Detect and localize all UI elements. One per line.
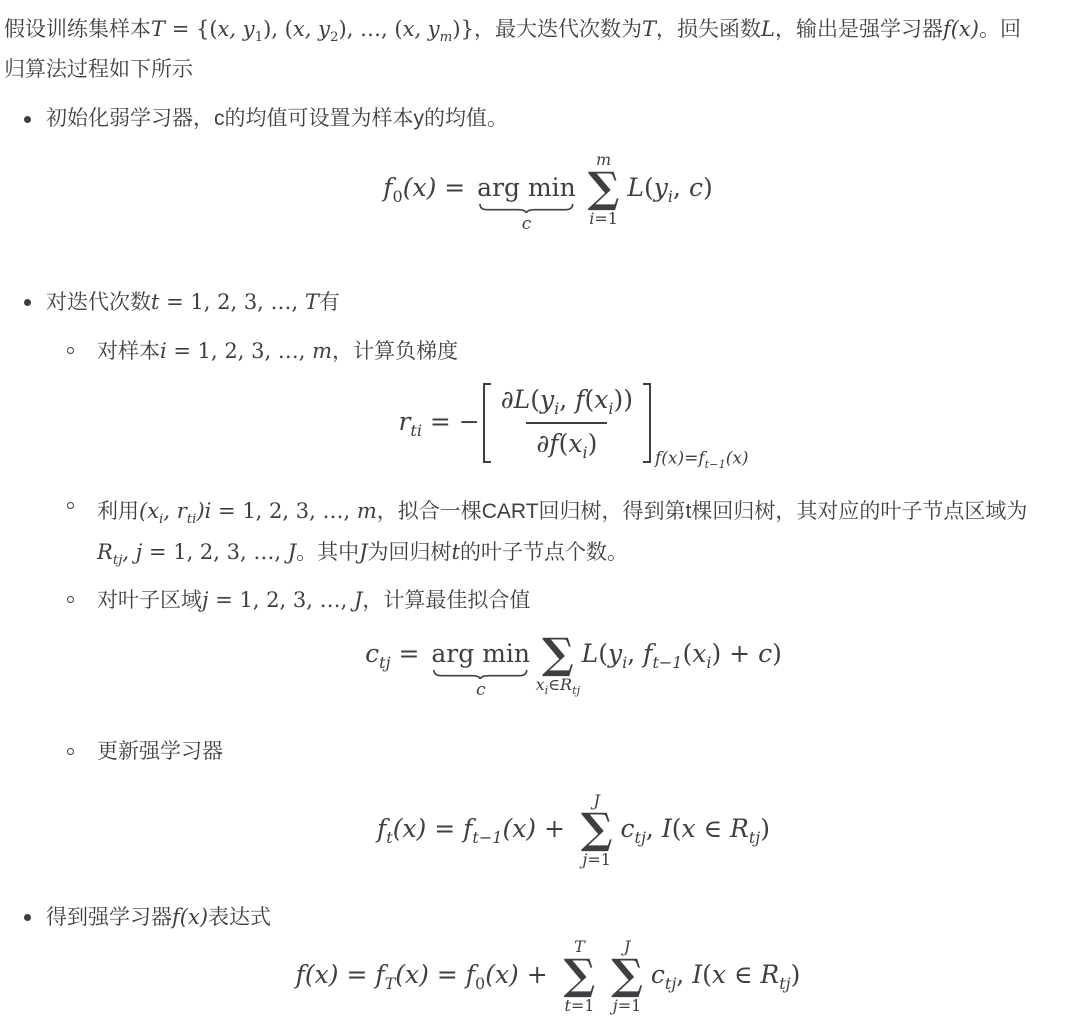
text-run: c — [621, 814, 635, 843]
text-run: x — [692, 639, 706, 668]
text-run: ，损失函数 — [656, 18, 761, 41]
text-run: (x) — [951, 17, 979, 41]
text-run: = — [436, 173, 473, 202]
formula-rti: rti = −∂L(yi, f(xi))∂f(xi)f(x)=ft−1(x) — [97, 373, 1050, 479]
sum-lower-limit: j=1 — [582, 852, 611, 868]
text-run: R — [760, 960, 779, 989]
formula-ctj: ctj = arg minc∑xi∈RtjL(yi, ft−1(xi) + c) — [97, 624, 1050, 709]
text-run: t−1 — [652, 653, 682, 672]
circle-bullet-icon — [67, 596, 74, 603]
text-run: J — [624, 937, 630, 956]
text-run: f — [383, 173, 392, 202]
text-run: y — [654, 173, 668, 202]
text-run: x — [681, 814, 695, 843]
fraction: ∂L(yi, f(xi))∂f(xi) — [491, 383, 643, 463]
text-run: T — [574, 937, 585, 956]
text-run: L — [582, 639, 599, 668]
text-run: = − — [422, 407, 480, 436]
sum-upper-limit: J — [593, 793, 599, 809]
underbrace-group: arg minc — [431, 639, 530, 669]
subbullet-update-learner-text: 更新强学习器 — [97, 737, 1050, 767]
text-run: 对样本 — [97, 340, 160, 363]
text-run: R — [560, 675, 572, 694]
bullet-item-final: 得到强学习器f(x)表达式 f(x) = fT(x) = f0(x) + T∑t… — [24, 902, 1050, 1016]
bullet-item-init: 初始化弱学习器，c的均值可设置为样本y的均值。 f0(x) = arg minc… — [24, 104, 1050, 241]
bullet-final-text: 得到强学习器f(x)表达式 — [46, 902, 1050, 933]
text-run: (x — [139, 499, 159, 523]
text-run: L — [627, 173, 644, 202]
math-segment: ctj, I(x ∈ Rtj) — [621, 813, 770, 846]
subbullet-best-fit-text: 对叶子区域j = 1, 2, 3, …, J，计算最佳拟合值 — [97, 585, 1050, 616]
sum-lower-limit: t=1 — [564, 998, 594, 1014]
underbrace-label: c — [476, 679, 486, 701]
text-run: 为回归树 — [368, 541, 452, 564]
text-run: 得到强学习器 — [46, 906, 172, 929]
text-run: ∂f — [536, 429, 558, 458]
underbrace-below: c — [431, 669, 530, 701]
text-run: ( — [530, 385, 540, 414]
math-segment: L(yi, ft−1(xi) + c) — [582, 638, 782, 671]
text-run: 2 — [330, 30, 339, 45]
text-run: f — [943, 17, 951, 41]
intro-line-1: 假设训练集样本T = {(x, y1), (x, y2), …, (x, ym)… — [4, 9, 1050, 50]
text-run: y — [540, 385, 554, 414]
text-run: ) + — [711, 639, 758, 668]
underbrace-icon — [479, 203, 574, 213]
algorithm-list: 初始化弱学习器，c的均值可设置为样本y的均值。 f0(x) = arg minc… — [4, 104, 1050, 1016]
text-run: r — [398, 407, 410, 436]
circle-bullet-icon — [67, 502, 74, 509]
text-run: ), ( — [263, 17, 293, 41]
text-run: ，拟合一棵CART回归树，得到第t棵回归树，其对应的叶子节点区域为 — [377, 500, 1028, 523]
text-run: 假设训练集样本 — [4, 18, 151, 41]
text-run: m — [440, 30, 453, 45]
text-run: (x) — [395, 960, 429, 989]
math-segment: f0(x) = — [383, 172, 473, 205]
text-run: ) — [772, 639, 782, 668]
text-run: I — [662, 814, 672, 843]
text-run: ，计算负梯度 — [332, 340, 458, 363]
text-run: x — [594, 385, 608, 414]
text-run: , — [646, 814, 662, 843]
text-run: c — [476, 680, 486, 700]
sigma-icon: ∑ — [581, 811, 613, 848]
circle-bullet-icon — [67, 347, 74, 354]
text-run: T — [642, 17, 656, 41]
subbullet-cart-fit-line-1: 利用(xi, rti)i = 1, 2, 3, …, m，拟合一棵CART回归树… — [97, 491, 1050, 532]
text-run: tj — [379, 653, 390, 672]
text-run: , — [676, 960, 692, 989]
text-run: f — [172, 905, 180, 929]
text-run: x — [536, 675, 545, 694]
text-run: c — [689, 173, 703, 202]
math-segment: f(x) = fT(x) = f0(x) + — [296, 959, 556, 992]
intro-paragraph: 假设训练集样本T = {(x, y1), (x, y2), …, (x, ym)… — [4, 9, 1050, 90]
text-run: (x) — [305, 960, 339, 989]
text-run: y — [608, 639, 622, 668]
text-run: 有 — [319, 291, 340, 314]
document-page: 假设训练集样本T = {(x, y1), (x, y2), …, (x, ym)… — [0, 0, 1080, 1016]
text-run: (x) — [726, 449, 749, 469]
formula-fx: f(x) = fT(x) = f0(x) + T∑t=1J∑j=1ctj, I(… — [46, 937, 1050, 1016]
summation: T∑t=1 — [564, 957, 596, 994]
text-run: ( — [702, 960, 712, 989]
text-run: f(x)=f — [655, 449, 705, 469]
text-run: 对叶子区域 — [97, 589, 202, 612]
text-run: 对迭代次数 — [46, 291, 151, 314]
text-run: , — [673, 173, 689, 202]
text-run: = 1, 2, 3, …, — [167, 339, 312, 363]
sum-lower-limit: i=1 — [589, 211, 618, 227]
text-run: I — [692, 960, 702, 989]
underbrace-icon — [433, 669, 528, 679]
circle-bullet-icon — [67, 748, 74, 755]
text-run: x, y — [218, 17, 255, 41]
text-run: ti — [410, 421, 422, 440]
text-run: arg min — [477, 173, 576, 202]
text-run: m — [312, 339, 332, 363]
sum-lower-limit: xi∈Rtj — [536, 677, 580, 696]
text-run: = 1, 2, 3, …, — [142, 540, 287, 564]
disc-bullet-icon — [24, 299, 31, 306]
page: { "colors": { "background": "#ffffff", "… — [0, 0, 1080, 1023]
text-run: = — [426, 814, 463, 843]
sigma-icon: ∑ — [588, 170, 620, 207]
text-run: T — [385, 974, 396, 993]
text-run: ) — [588, 429, 598, 458]
text-run: =1 — [587, 850, 611, 869]
subbullet-update-learner: 更新强学习器 ft(x) = ft−1(x) + J∑j=1ctj, I(x ∈… — [67, 737, 1050, 876]
text-run: ( — [559, 429, 569, 458]
bullet-final-body: 得到强学习器f(x)表达式 f(x) = fT(x) = f0(x) + T∑t… — [46, 902, 1050, 1016]
text-run: ) — [760, 814, 770, 843]
bullet-init-body: 初始化弱学习器，c的均值可设置为样本y的均值。 f0(x) = arg minc… — [46, 104, 1050, 241]
text-run: x, y — [293, 17, 330, 41]
text-run: = 1, 2, 3, …, — [211, 499, 356, 523]
sum-lower-limit: j=1 — [613, 998, 642, 1014]
text-run: c — [522, 214, 532, 234]
summation: J∑j=1 — [611, 957, 643, 994]
text-run: =1 — [594, 209, 618, 228]
text-run: )) — [613, 385, 633, 414]
text-run: c — [651, 960, 665, 989]
text-run: ( — [598, 639, 608, 668]
underbrace-content: arg min — [477, 173, 576, 203]
math-segment: ft(x) = ft−1(x) + — [377, 813, 573, 846]
text-run: = {( — [165, 17, 218, 41]
text-run: J — [359, 540, 367, 564]
text-run: tj — [572, 684, 580, 697]
subbullet-cart-fit-line-2: Rtj, j = 1, 2, 3, …, J。其中J为回归树t的叶子节点个数。 — [97, 532, 1050, 573]
text-run: ( — [644, 173, 654, 202]
text-run: 。回 — [979, 18, 1021, 41]
math-segment: ctj = — [365, 638, 427, 671]
text-run: ∈ — [696, 814, 730, 843]
underbrace-below: c — [477, 203, 576, 235]
text-run: m — [357, 499, 377, 523]
subbullet-best-fit: 对叶子区域j = 1, 2, 3, …, J，计算最佳拟合值 ctj = arg… — [67, 585, 1050, 709]
text-run: =1 — [618, 996, 642, 1015]
text-run: ti — [187, 512, 197, 527]
text-run: m — [596, 150, 611, 169]
text-run: tj — [779, 974, 790, 993]
text-run: 的叶子节点个数。 — [460, 541, 628, 564]
text-run: = 1, 2, 3, …, — [209, 588, 354, 612]
text-run: f — [466, 960, 475, 989]
fraction-numerator: ∂L(yi, f(xi)) — [491, 383, 643, 422]
text-run: x, y — [403, 17, 440, 41]
text-run: )} — [452, 17, 474, 41]
text-run: J — [288, 540, 296, 564]
text-run: 更新强学习器 — [97, 740, 223, 763]
text-run: x — [568, 429, 582, 458]
text-run: 利用 — [97, 500, 139, 523]
text-run: tj — [749, 828, 760, 847]
text-run: arg min — [431, 639, 530, 668]
text-run: t−1 — [472, 828, 502, 847]
sum-upper-limit: m — [596, 152, 611, 168]
right-bracket-icon — [643, 383, 651, 463]
sum-upper-limit: T — [574, 939, 585, 955]
text-run: i — [160, 339, 167, 363]
underbrace-content: arg min — [431, 639, 530, 669]
text-run: ，计算最佳拟合值 — [362, 589, 530, 612]
text-run: f — [296, 960, 305, 989]
left-bracket-icon — [483, 383, 491, 463]
text-run: , j — [122, 540, 142, 564]
text-run: f — [375, 960, 384, 989]
text-run: t — [452, 540, 460, 564]
disc-bullet-icon — [24, 914, 31, 921]
text-run: T — [151, 17, 165, 41]
fraction-denominator: ∂f(xi) — [526, 422, 607, 463]
bullet-init-text: 初始化弱学习器，c的均值可设置为样本y的均值。 — [46, 104, 1050, 134]
text-run: c — [758, 639, 772, 668]
summation: ∑xi∈Rtj — [542, 636, 574, 673]
text-run: = — [429, 960, 466, 989]
formula-f0: f0(x) = arg mincm∑i=1L(yi, c) — [46, 144, 1050, 241]
math-segment: rti = − — [398, 406, 479, 439]
text-run: t−1 — [705, 458, 726, 471]
subbullet-negative-gradient: 对样本i = 1, 2, 3, …, m，计算负梯度 rti = −∂L(yi,… — [67, 336, 1050, 479]
text-run: c — [365, 639, 379, 668]
text-run: )i — [196, 499, 211, 523]
text-run: x — [712, 960, 726, 989]
text-run: (x) — [393, 814, 427, 843]
text-run: tj — [113, 553, 123, 568]
text-run: + — [519, 960, 556, 989]
text-run: 归算法过程如下所示 — [4, 58, 193, 81]
text-run: T — [305, 290, 319, 314]
text-run: ( — [682, 639, 692, 668]
underbrace-group: arg minc — [477, 173, 576, 203]
text-run: 。其中 — [296, 541, 359, 564]
sigma-icon: ∑ — [542, 636, 574, 673]
text-run: = — [339, 960, 376, 989]
text-run: , — [559, 385, 575, 414]
text-run: ) — [791, 960, 801, 989]
bracket-group: ∂L(yi, f(xi))∂f(xi)f(x)=ft−1(x) — [483, 383, 749, 463]
text-run: ，最大迭代次数为 — [474, 18, 642, 41]
bullet-item-iterations: 对迭代次数t = 1, 2, 3, …, T有 对样本i = 1, 2, 3, … — [24, 287, 1050, 876]
text-run: (x) — [502, 814, 536, 843]
text-run: 0 — [475, 974, 485, 993]
text-run: J — [593, 791, 599, 810]
subbullet-cart-fit: 利用(xi, rti)i = 1, 2, 3, …, m，拟合一棵CART回归树… — [67, 491, 1050, 573]
summation: J∑j=1 — [581, 811, 613, 848]
bullet-iterations-text: 对迭代次数t = 1, 2, 3, …, T有 — [46, 287, 1050, 318]
text-run: (x) — [485, 960, 519, 989]
text-run: tj — [635, 828, 646, 847]
text-run: ∂L — [501, 385, 531, 414]
text-run: tj — [665, 974, 676, 993]
text-run: R — [730, 814, 749, 843]
text-run: 0 — [393, 187, 403, 206]
bullet-iterations-body: 对迭代次数t = 1, 2, 3, …, T有 对样本i = 1, 2, 3, … — [46, 287, 1050, 876]
text-run: f — [377, 814, 386, 843]
text-run: ( — [584, 385, 594, 414]
text-run: L — [761, 17, 775, 41]
disc-bullet-icon — [24, 116, 31, 123]
text-run: = 1, 2, 3, …, — [159, 290, 304, 314]
intro-line-2: 归算法过程如下所示 — [4, 50, 1050, 90]
formula-ft: ft(x) = ft−1(x) + J∑j=1ctj, I(x ∈ Rtj) — [97, 785, 1050, 876]
math-segment: L(yi, c) — [627, 172, 712, 205]
sigma-icon: ∑ — [611, 957, 643, 994]
text-run: ∈ — [726, 960, 760, 989]
math-segment: ctj, I(x ∈ Rtj) — [651, 959, 800, 992]
text-run: ), …, ( — [339, 17, 403, 41]
subbullet-negative-gradient-text: 对样本i = 1, 2, 3, …, m，计算负梯度 — [97, 336, 1050, 367]
text-run: (x) — [180, 905, 208, 929]
text-run: =1 — [571, 996, 595, 1015]
text-run: 1 — [255, 30, 264, 45]
text-run: ) — [703, 173, 713, 202]
text-run: = — [391, 639, 428, 668]
sum-upper-limit: J — [624, 939, 630, 955]
text-run: R — [97, 540, 113, 564]
summation: m∑i=1 — [588, 170, 620, 207]
text-run: , — [627, 639, 643, 668]
bracket-subscript: f(x)=ft−1(x) — [655, 449, 749, 471]
text-run: ∈ — [548, 675, 560, 694]
underbrace-label: c — [522, 213, 532, 235]
text-run: (x) — [403, 173, 437, 202]
text-run: 初始化弱学习器，c的均值可设置为样本y的均值。 — [46, 107, 508, 130]
text-run: ，输出是强学习器 — [775, 18, 943, 41]
sigma-icon: ∑ — [564, 957, 596, 994]
text-run: 表达式 — [208, 906, 271, 929]
text-run: , r — [163, 499, 186, 523]
text-run: + — [536, 814, 573, 843]
